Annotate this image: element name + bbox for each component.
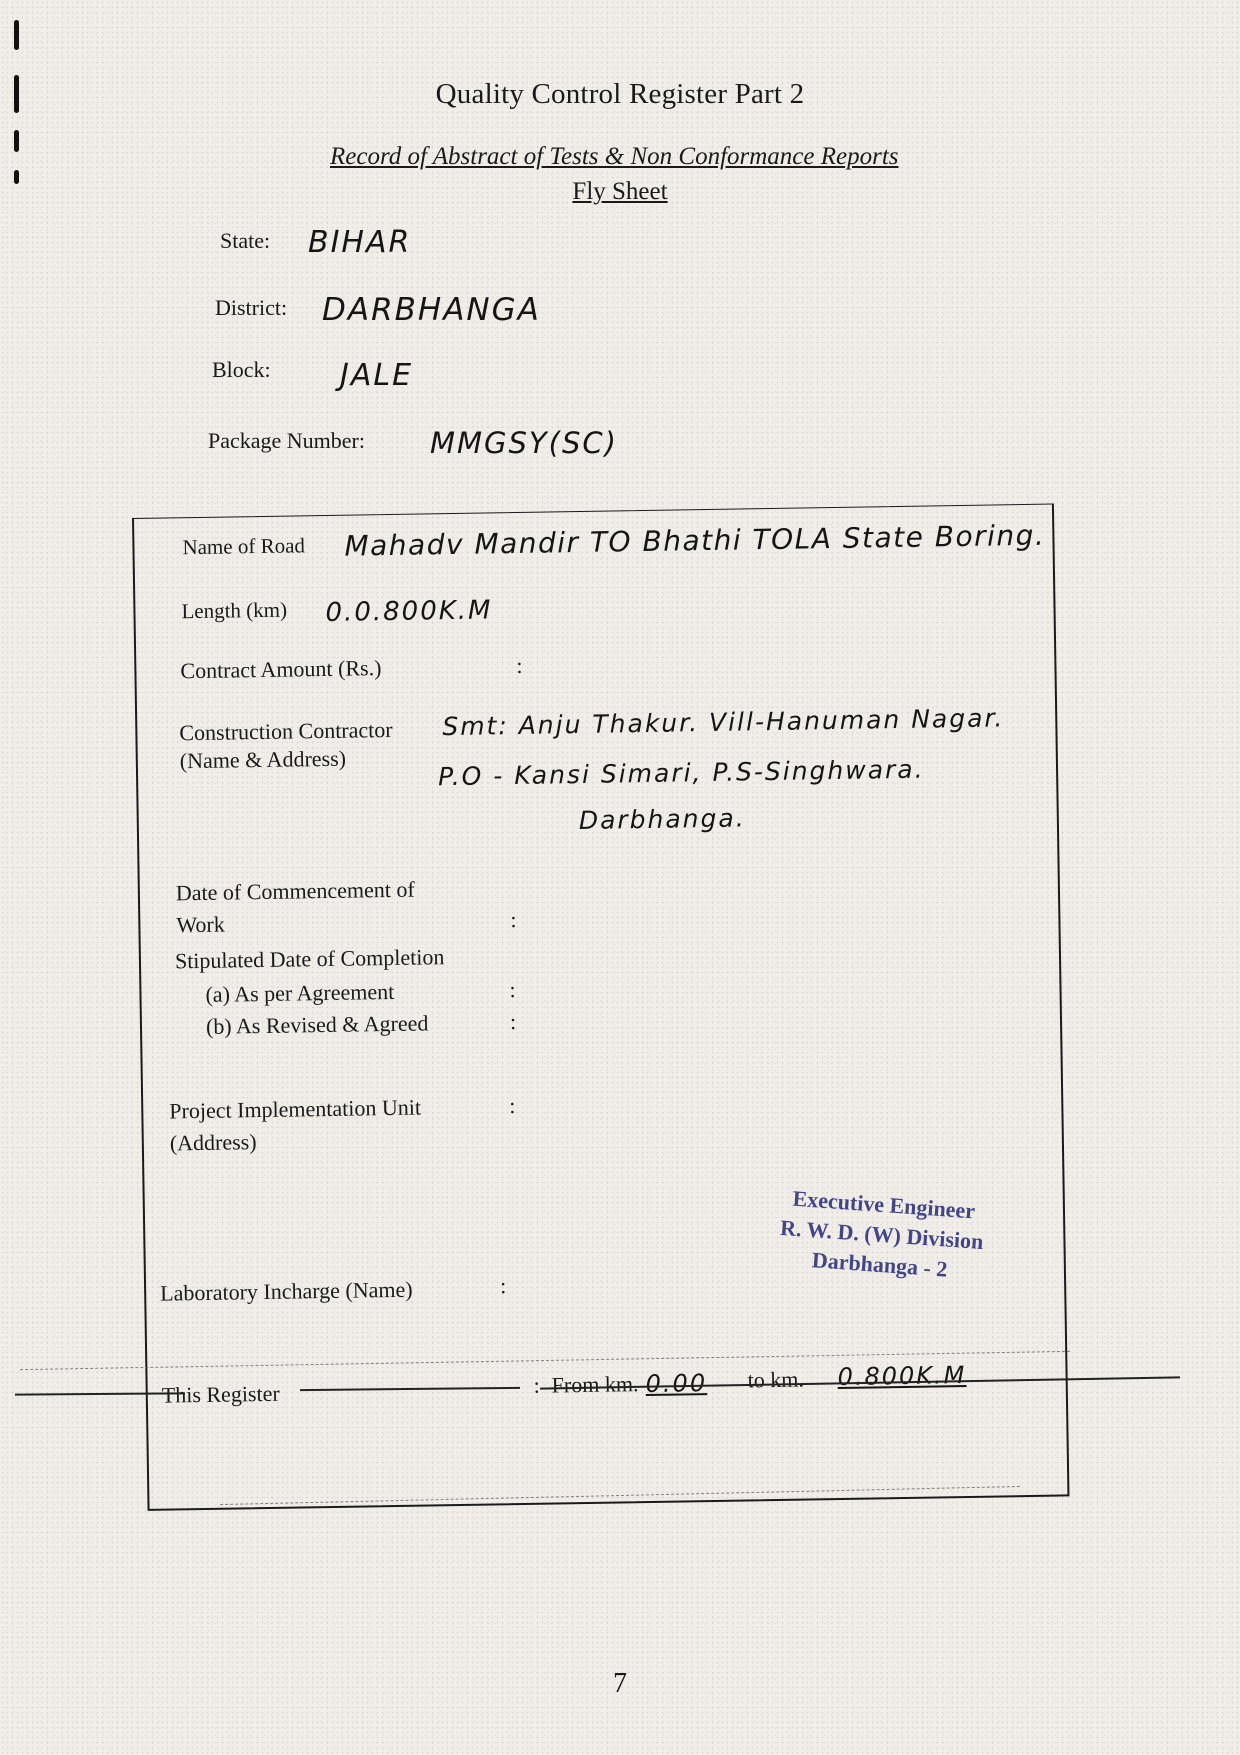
commencement-label: Date of Commencement of: [176, 875, 415, 909]
contractor-value-line3: Darbhanga.: [579, 803, 746, 836]
as-revised-label: (b) As Revised & Agreed: [206, 1008, 429, 1041]
piu-label-sub: (Address): [170, 1127, 257, 1158]
page-title: Quality Control Register Part 2: [0, 78, 1240, 111]
contractor-value-line1: Smt: Anju Thakur. Vill-Hanuman Nagar.: [442, 703, 1004, 742]
as-per-agreement-colon: :: [509, 977, 516, 1003]
executive-engineer-stamp: Executive Engineer R. W. D. (W) Division…: [777, 1183, 986, 1287]
sheet-name: Fly Sheet: [0, 178, 1240, 206]
piu-label: Project Implementation Unit: [169, 1093, 421, 1127]
contractor-value-line2: P.O - Kansi Simari, P.S-Singhwara.: [438, 755, 925, 793]
commencement-colon: :: [510, 907, 517, 933]
block-label: Block:: [212, 357, 271, 383]
contractor-label-sub: (Name & Address): [180, 744, 347, 777]
page-subtitle: Record of Abstract of Tests & Non Confor…: [330, 143, 899, 171]
page-number: 7: [0, 1668, 1240, 1700]
length-label: Length (km): [181, 595, 287, 627]
lab-incharge-label: Laboratory Incharge (Name): [160, 1275, 413, 1309]
road-name-label: Name of Road: [182, 530, 305, 562]
stipulated-label: Stipulated Date of Completion: [175, 942, 445, 976]
road-name-value: Mahadv Mandir TO Bhathi TOLA State Borin…: [344, 521, 1045, 562]
commencement-label-sub: Work: [176, 910, 225, 941]
package-number-label: Package Number:: [208, 428, 365, 454]
to-km-value: 0.800K.M: [837, 1360, 966, 1392]
state-label: State:: [220, 228, 270, 254]
contract-amount-colon: :: [516, 653, 523, 679]
this-register-label: This Register: [162, 1379, 280, 1411]
state-value: BIHAR: [308, 225, 411, 260]
to-km-label: to km.: [747, 1365, 804, 1396]
contract-amount-label: Contract Amount (Rs.): [180, 653, 381, 686]
as-per-agreement-label: (a) As per Agreement: [205, 977, 394, 1010]
package-number-value: MMGSY(SC): [430, 426, 618, 460]
piu-colon: :: [509, 1093, 516, 1119]
this-register-colon: :: [533, 1373, 540, 1399]
from-km-value: 0.00: [645, 1368, 707, 1399]
block-value: JALE: [340, 358, 413, 393]
length-value: 0.0.800K.M: [325, 595, 492, 628]
from-km-label: From km.: [551, 1369, 638, 1400]
contractor-label: Construction Contractor: [179, 715, 393, 748]
district-label: District:: [215, 295, 287, 321]
district-value: DARBHANGA: [322, 292, 541, 328]
lab-incharge-colon: :: [500, 1273, 507, 1299]
as-revised-colon: :: [510, 1009, 517, 1035]
